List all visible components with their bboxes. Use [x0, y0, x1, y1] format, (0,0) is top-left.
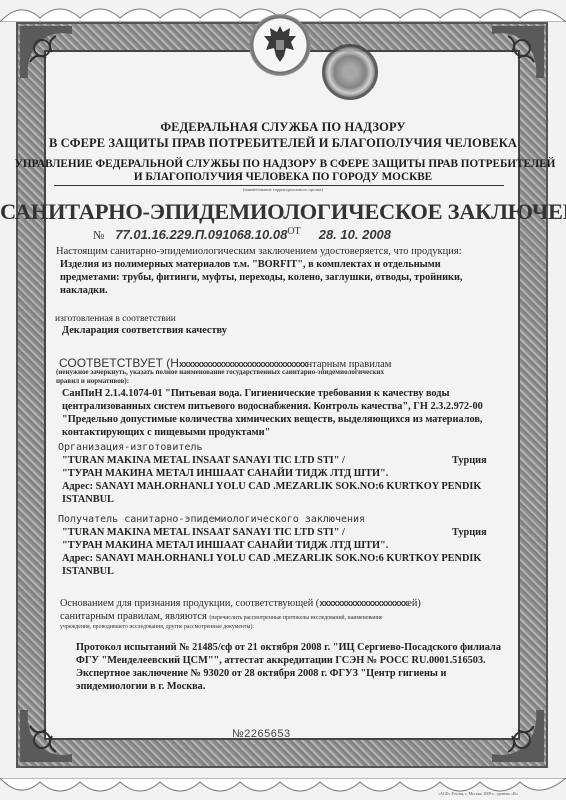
- recipient-name-latin: "TURAN MAKINA METAL INSAAT SANAYI TIC LT…: [62, 527, 345, 538]
- manufacturer-address-line-1: Адрес: SANAYI MAH.ORHANLI YOLU CAD .MEZA…: [62, 481, 481, 492]
- department-caption: (наименование территориального органа): [0, 187, 566, 192]
- basis-prefix: Основанием для признания продукции, соот…: [60, 598, 319, 609]
- manufacturer-country: Турция: [452, 455, 487, 466]
- department-underline: [54, 185, 504, 186]
- date-prefix: ОТ: [287, 226, 300, 237]
- complies-note-2: правил и нормативов):: [56, 377, 129, 385]
- recipient-name-cyrillic: "ТУРАН МАКИНА МЕТАЛ ИНШААТ САНАЙИ ТИДЖ Л…: [62, 540, 388, 551]
- manufactured-label: изготовленная в соответствии: [55, 314, 176, 324]
- manufactured-value: Декларация соответствия качеству: [62, 325, 227, 336]
- evidence-line-4: эпидемиологии в г. Москва.: [76, 681, 205, 692]
- certificate-page: ФЕДЕРАЛЬНАЯ СЛУЖБА ПО НАДЗОРУ В СФЕРЕ ЗА…: [0, 0, 566, 800]
- basis-line-2: санитарным правилам, являются (перечисли…: [60, 611, 383, 622]
- basis-line-1: Основанием для признания продукции, соот…: [60, 598, 421, 609]
- evidence-line-1: Протокол испытаний № 21485/сф от 21 октя…: [76, 642, 501, 653]
- standards-line-4: контактирующих с пищевыми продуктами": [62, 427, 270, 438]
- recipient-country: Турция: [452, 527, 487, 538]
- department-name-line-1: УПРАВЛЕНИЕ ФЕДЕРАЛЬНОЙ СЛУЖБЫ ПО НАДЗОРУ…: [2, 158, 566, 170]
- standards-line-2: централизованных систем питьевого водосн…: [62, 401, 483, 412]
- corner-ornament-icon: [16, 22, 76, 82]
- basis-suffix: ей): [407, 598, 421, 609]
- product-line-1: Изделия из полимерных материалов т.м. "B…: [60, 259, 441, 270]
- standards-line-3: "Предельно допустимые количества химичес…: [62, 414, 483, 425]
- wavy-bottom-edge: [0, 778, 566, 800]
- manufacturer-name-cyrillic: "ТУРАН МАКИНА МЕТАЛ ИНШААТ САНАЙИ ТИДЖ Л…: [62, 468, 388, 479]
- basis-note-2: учреждения, проводившего исследования, д…: [60, 624, 254, 630]
- agency-name-line-1: ФЕДЕРАЛЬНАЯ СЛУЖБА ПО НАДЗОРУ: [0, 120, 566, 135]
- conclusion-number-line: № 77.01.16.229.П.091068.10.08ОТ 28. 10. …: [93, 226, 391, 243]
- evidence-line-2: ФГУ "Менделеевский ЦСМ"", аттестат аккре…: [76, 655, 486, 666]
- manufacturer-address-line-2: ISTANBUL: [62, 494, 114, 505]
- corner-ornament-icon: [488, 22, 548, 82]
- manufacturer-name-latin: "TURAN MAKINA METAL INSAAT SANAYI TIC LT…: [62, 455, 345, 466]
- official-seal-stamp: [322, 44, 378, 100]
- recipient-label: Получатель санитарно-эпидемиологического…: [58, 514, 365, 525]
- evidence-line-3: Экспертное заключение № 93020 от 28 октя…: [76, 668, 446, 679]
- complies-note-1: (ненужное зачеркнуть, указать полное наи…: [56, 368, 384, 376]
- document-title: САНИТАРНО-ЭПИДЕМИОЛОГИЧЕСКОЕ ЗАКЛЮЧЕНИЕ: [0, 199, 566, 225]
- basis-note: (перечислить рассмотренные протоколы исс…: [209, 615, 382, 621]
- conclusion-number: 77.01.16.229.П.091068.10.08: [115, 227, 287, 242]
- product-line-2: предметами: трубы, фитинги, муфты, перех…: [60, 272, 462, 283]
- double-headed-eagle-icon: [262, 22, 298, 66]
- department-name-line-2: И БЛАГОПОЛУЧИЯ ЧЕЛОВЕКА ПО ГОРОДУ МОСКВЕ: [0, 171, 566, 183]
- recipient-address-line-2: ISTANBUL: [62, 566, 114, 577]
- agency-name-line-2: В СФЕРЕ ЗАЩИТЫ ПРАВ ПОТРЕБИТЕЛЕЙ И БЛАГО…: [0, 136, 566, 151]
- standards-line-1: СанПиН 2.1.4.1074-01 "Питьевая вода. Гиг…: [62, 388, 450, 399]
- basis-struck-text: xxxxxxxxxxxxxxxxxxxx: [319, 599, 407, 609]
- recipient-address-line-1: Адрес: SANAYI MAH.ORHANLI YOLU CAD .MEZA…: [62, 553, 481, 564]
- printer-info: «АСФ» Россия, г. Москва, 2008 г., уровен…: [438, 791, 518, 796]
- manufacturer-label: Организация-изготовитель: [58, 442, 203, 453]
- intro-text: Настоящим санитарно-эпидемиологическим з…: [56, 246, 462, 257]
- corner-ornament-icon: [488, 706, 548, 766]
- number-sign: №: [93, 228, 104, 242]
- corner-ornament-icon: [16, 706, 76, 766]
- basis-text: санитарным правилам, являются: [60, 611, 207, 622]
- product-line-3: накладки.: [60, 285, 108, 296]
- coat-of-arms-emblem: [248, 10, 312, 80]
- form-serial-number: №2265653: [232, 728, 291, 740]
- conclusion-date: 28. 10. 2008: [319, 227, 391, 242]
